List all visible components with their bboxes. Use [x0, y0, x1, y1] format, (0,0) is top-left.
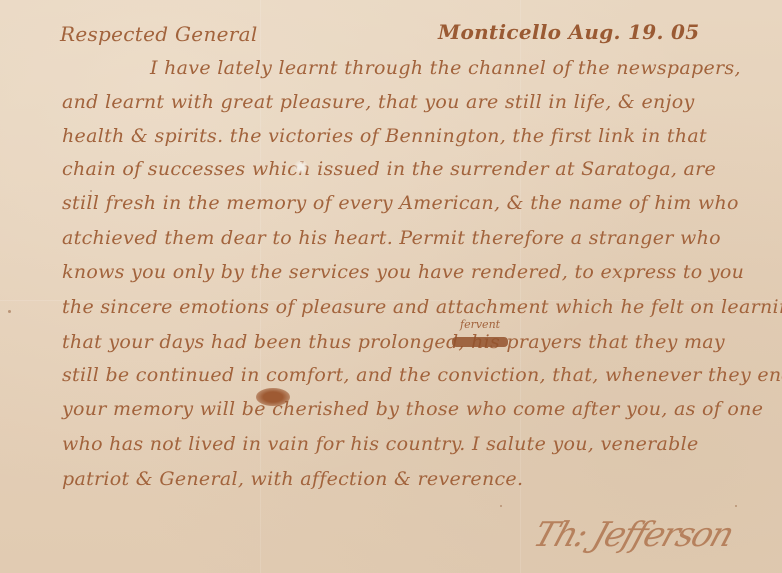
paper-hole	[294, 160, 308, 174]
interlineation: fervent	[460, 318, 500, 331]
paper-speck	[500, 505, 502, 507]
letter-line: that your days had been thus prolonged, …	[62, 333, 725, 352]
struck-out-word	[452, 337, 508, 347]
paper-speck	[90, 190, 92, 192]
letter-line: and learnt with great pleasure, that you…	[62, 93, 695, 112]
letter-page: Respected General Monticello Aug. 19. 05…	[0, 0, 782, 573]
letter-line: chain of successes which issued in the s…	[62, 160, 716, 179]
letter-line: who has not lived in vain for his countr…	[62, 435, 699, 454]
letter-line: still be continued in comfort, and the c…	[62, 366, 782, 385]
salutation: Respected General	[60, 24, 258, 44]
letter-line: knows you only by the services you have …	[62, 263, 744, 282]
paper-speck	[8, 310, 11, 313]
letter-line: atchieved them dear to his heart. Permit…	[62, 229, 721, 248]
letter-line: still fresh in the memory of every Ameri…	[62, 194, 739, 213]
letter-line: the sincere emotions of pleasure and att…	[62, 298, 782, 317]
dateline: Monticello Aug. 19. 05	[438, 22, 699, 42]
letter-line: patriot & General, with affection & reve…	[62, 470, 523, 489]
letter-line: your memory will be cherished by those w…	[62, 400, 763, 419]
letter-line: I have lately learnt through the channel…	[150, 59, 741, 78]
signature: Th: Jefferson	[529, 515, 738, 555]
paper-speck	[735, 505, 737, 507]
ink-blot	[256, 388, 290, 406]
letter-line: health & spirits. the victories of Benni…	[62, 127, 707, 146]
